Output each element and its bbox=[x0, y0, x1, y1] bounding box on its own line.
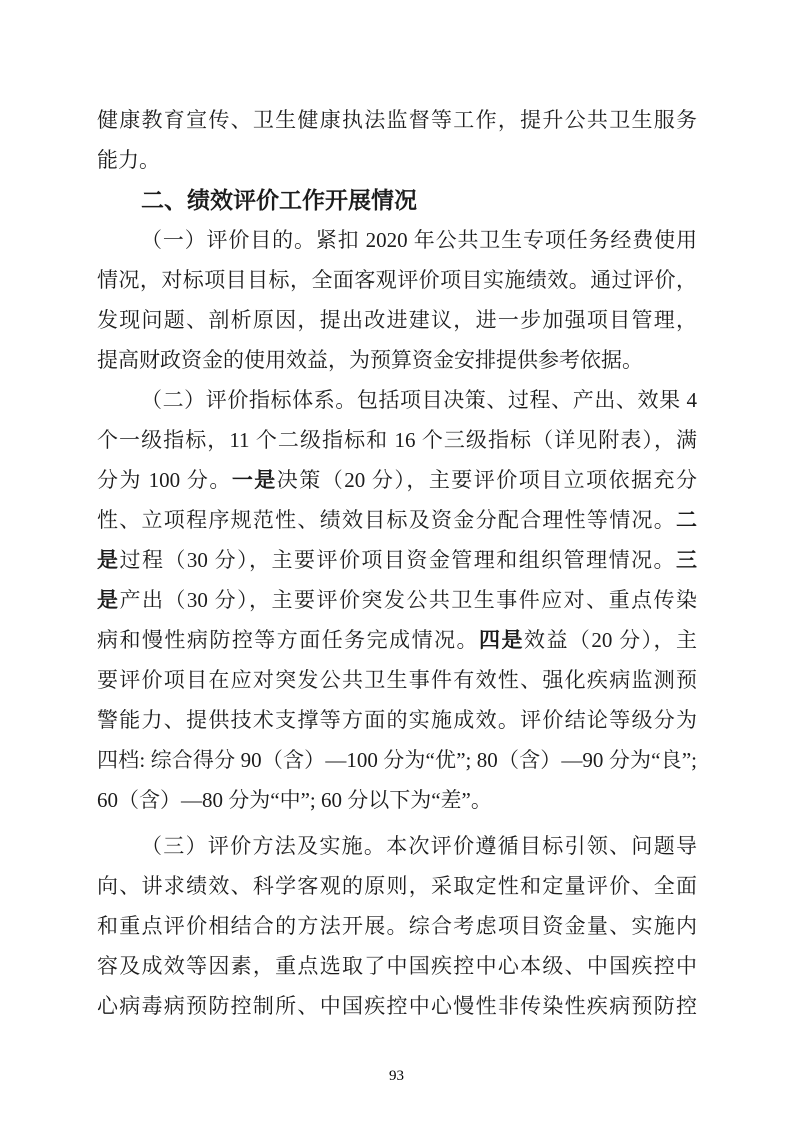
text-line: 个一级指标，11 个二级指标和 16 个三级指标（详见附表），满 bbox=[97, 420, 697, 460]
text-run: 发现问题、剖析原因，提出改进建议，进一步加强项目管理， bbox=[97, 308, 697, 332]
text-run: （二）评价指标体系。包括项目决策、过程、产出、效果 4 bbox=[141, 388, 697, 412]
bold-text-run: 三 bbox=[676, 548, 697, 572]
text-line: 警能力、提供技术支撑等方面的实施成效。评价结论等级分为 bbox=[97, 700, 697, 740]
text-line: 四档: 综合得分 90（含）—100 分为“优”; 80（含）—90 分为“良”… bbox=[97, 740, 697, 780]
text-line: （三）评价方法及实施。本次评价遵循目标引领、问题导 bbox=[97, 826, 697, 866]
para-indicator-system: （二）评价指标体系。包括项目决策、过程、产出、效果 4个一级指标，11 个二级指… bbox=[97, 380, 697, 820]
text-run: 效益（20 分），主 bbox=[524, 628, 697, 652]
text-line: 是产出（30 分），主要评价突发公共卫生事件应对、重点传染 bbox=[97, 580, 697, 620]
text-line: （二）评价指标体系。包括项目决策、过程、产出、效果 4 bbox=[97, 380, 697, 420]
bold-text-run: 是 bbox=[97, 548, 119, 572]
text-run: 提高财政资金的使用效益，为预算资金安排提供参考依据。 bbox=[97, 348, 643, 372]
page-number: 93 bbox=[389, 1068, 404, 1084]
text-run: 向、讲求绩效、科学客观的原则，采取定性和定量评价、全面 bbox=[97, 874, 697, 898]
text-run: （一）评价目的。紧扣 2020 年公共卫生专项任务经费使用 bbox=[141, 228, 697, 252]
page-footer: 93 bbox=[0, 1068, 793, 1085]
text-run: 情况，对标项目目标，全面客观评价项目实施绩效。通过评价， bbox=[97, 268, 697, 292]
text-line: 要评价项目在应对突发公共卫生事件有效性、强化疾病监测预 bbox=[97, 660, 697, 700]
text-line: 病和慢性病防控等方面任务完成情况。四是效益（20 分），主 bbox=[97, 620, 697, 660]
text-run: （三）评价方法及实施。本次评价遵循目标引领、问题导 bbox=[141, 834, 697, 858]
text-run: 60（含）—80 分为“中”; 60 分以下为“差”。 bbox=[97, 788, 492, 812]
text-line: 提高财政资金的使用效益，为预算资金安排提供参考依据。 bbox=[97, 340, 697, 380]
para-evaluation-purpose: （一）评价目的。紧扣 2020 年公共卫生专项任务经费使用情况，对标项目目标，全… bbox=[97, 220, 697, 380]
text-line: 是过程（30 分），主要评价项目资金管理和组织管理情况。三 bbox=[97, 540, 697, 580]
text-line: 能力。 bbox=[97, 140, 697, 180]
text-run: 产出（30 分），主要评价突发公共卫生事件应对、重点传染 bbox=[119, 588, 697, 612]
text-run: 要评价项目在应对突发公共卫生事件有效性、强化疾病监测预 bbox=[97, 668, 697, 692]
text-run: 能力。 bbox=[97, 148, 160, 172]
bold-text-run: 二 bbox=[676, 508, 697, 532]
text-line: 情况，对标项目目标，全面客观评价项目实施绩效。通过评价， bbox=[97, 260, 697, 300]
text-line: 和重点评价相结合的方法开展。综合考虑项目资金量、实施内 bbox=[97, 906, 697, 946]
text-line: 容及成效等因素，重点选取了中国疾控中心本级、中国疾控中 bbox=[97, 946, 697, 986]
bold-text-run: 一是 bbox=[232, 468, 277, 492]
text-run: 决策（20 分），主要评价项目立项依据充分 bbox=[277, 468, 697, 492]
text-run: 容及成效等因素，重点选取了中国疾控中心本级、中国疾控中 bbox=[97, 954, 697, 978]
para-evaluation-method: （三）评价方法及实施。本次评价遵循目标引领、问题导向、讲求绩效、科学客观的原则，… bbox=[97, 826, 697, 1026]
text-run: 心病毒病预防控制所、中国疾控中心慢性非传染性疾病预防控 bbox=[97, 994, 697, 1018]
text-line: 分为 100 分。一是决策（20 分），主要评价项目立项依据充分 bbox=[97, 460, 697, 500]
para-continuation: 健康教育宣传、卫生健康执法监督等工作，提升公共卫生服务能力。 bbox=[97, 100, 697, 180]
text-run: 四档: 综合得分 90（含）—100 分为“优”; 80（含）—90 分为“良”… bbox=[97, 748, 697, 772]
text-line: 心病毒病预防控制所、中国疾控中心慢性非传染性疾病预防控 bbox=[97, 986, 697, 1026]
text-run: 健康教育宣传、卫生健康执法监督等工作，提升公共卫生服务 bbox=[97, 108, 697, 132]
bold-text-run: 是 bbox=[97, 588, 119, 612]
text-line: 性、立项程序规范性、绩效目标及资金分配合理性等情况。二 bbox=[97, 500, 697, 540]
text-run: 分为 100 分。 bbox=[97, 468, 232, 492]
heading-section-2: 二、绩效评价工作开展情况 bbox=[97, 180, 697, 220]
document-body: 健康教育宣传、卫生健康执法监督等工作，提升公共卫生服务能力。二、绩效评价工作开展… bbox=[97, 100, 697, 1026]
bold-text-run: 四是 bbox=[479, 628, 524, 652]
text-line: （一）评价目的。紧扣 2020 年公共卫生专项任务经费使用 bbox=[97, 220, 697, 260]
text-run: 过程（30 分），主要评价项目资金管理和组织管理情况。 bbox=[119, 548, 676, 572]
text-line: 60（含）—80 分为“中”; 60 分以下为“差”。 bbox=[97, 780, 697, 820]
document-page: 健康教育宣传、卫生健康执法监督等工作，提升公共卫生服务能力。二、绩效评价工作开展… bbox=[0, 0, 793, 1122]
text-run: 性、立项程序规范性、绩效目标及资金分配合理性等情况。 bbox=[97, 508, 676, 532]
text-line: 健康教育宣传、卫生健康执法监督等工作，提升公共卫生服务 bbox=[97, 100, 697, 140]
text-line: 二、绩效评价工作开展情况 bbox=[97, 180, 697, 220]
text-line: 向、讲求绩效、科学客观的原则，采取定性和定量评价、全面 bbox=[97, 866, 697, 906]
text-run: 二、绩效评价工作开展情况 bbox=[141, 187, 417, 213]
text-run: 病和慢性病防控等方面任务完成情况。 bbox=[97, 628, 479, 652]
text-run: 个一级指标，11 个二级指标和 16 个三级指标（详见附表），满 bbox=[97, 428, 697, 452]
text-run: 和重点评价相结合的方法开展。综合考虑项目资金量、实施内 bbox=[97, 914, 697, 938]
text-line: 发现问题、剖析原因，提出改进建议，进一步加强项目管理， bbox=[97, 300, 697, 340]
text-run: 警能力、提供技术支撑等方面的实施成效。评价结论等级分为 bbox=[97, 708, 697, 732]
